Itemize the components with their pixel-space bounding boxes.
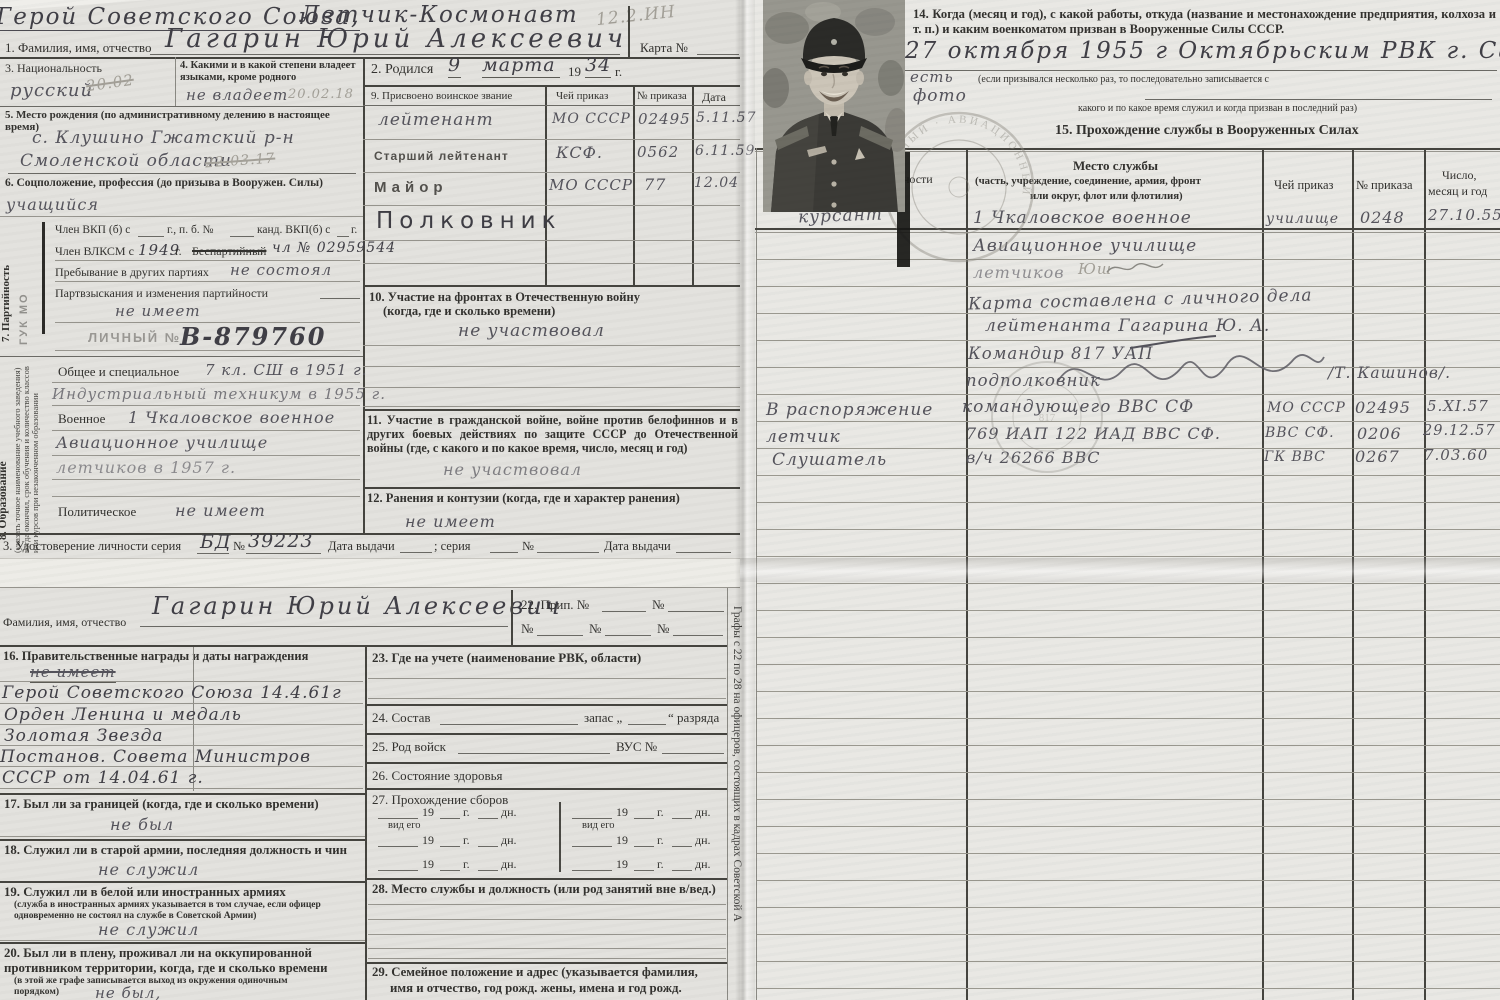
rule-h [478, 818, 498, 819]
field-16-awards-label: 16. Правительственные награды и даты наг… [3, 649, 308, 664]
vkp-label-b: г., п. б. № [167, 224, 214, 236]
bespartiyny-struck: Беспартийный [192, 244, 266, 259]
born-month: марта [482, 54, 560, 78]
field-27-label: 27. Прохождение сборов [372, 792, 508, 808]
field-5-birthplace-line2: Смоленской области [20, 151, 232, 171]
rank-table-header-2: № приказа [637, 90, 687, 102]
awards-line2: Орден Ленина и медаль [4, 705, 242, 725]
field-10-value: не участвовал [458, 321, 605, 341]
rule-h [363, 406, 740, 407]
service-row5-position: Слушатель [772, 450, 887, 470]
f27-dn: дн. [501, 857, 517, 872]
rule-h [903, 70, 1497, 71]
rule-h [138, 236, 164, 237]
rank-row2-date: 12.04.61 [694, 175, 739, 191]
identity-date2-label: Дата выдачи [604, 539, 671, 554]
field-20-sub: (в этой же графе записывается выход из о… [14, 976, 324, 997]
rule-h [363, 487, 740, 489]
field-10-label-line2: (когда, где и сколько времени) [383, 304, 555, 319]
service-row1-order: училище [1266, 211, 1339, 227]
column-divider [365, 645, 367, 1000]
rank-table-header-0: 9. Присвоено воинское звание [371, 90, 512, 102]
field-22-no2: № [652, 597, 664, 613]
field-4-languages-label: 4. Какими и в какой степени владеет язык… [180, 60, 358, 83]
rule-h [755, 228, 1500, 230]
field-5-birthplace-line1: с. Клушино Гжатский р-н [32, 128, 295, 148]
section-7-bracket [42, 222, 45, 334]
field-25-vus: ВУС № [616, 739, 657, 755]
rule-h [0, 106, 363, 107]
f27-g: г. [657, 833, 664, 848]
rule-h [628, 724, 666, 725]
field-19-value: не служил [98, 920, 199, 939]
service-row3-num: 02495 [1355, 398, 1411, 417]
awards-line1: Герой Советского Союза 14.4.61г [2, 683, 342, 703]
f27-19: 19 [422, 805, 434, 820]
rule-h [0, 942, 365, 944]
rule-h [363, 387, 740, 388]
field-4-languages-value: не владеет [186, 86, 288, 104]
rule-h [363, 409, 740, 411]
section-8-side-title: 8. Образование [0, 380, 9, 540]
born-label: 2. Родился [371, 62, 433, 78]
rule-h [52, 405, 360, 406]
rule-h [52, 430, 360, 431]
rule-h [0, 793, 365, 795]
rule-h [230, 236, 254, 237]
header-date-line2: месяц и год [1428, 184, 1487, 199]
rule-h [197, 553, 229, 554]
field-20-label: 20. Был ли в плену, проживал ли на оккуп… [4, 946, 362, 975]
born-day: 9 [448, 54, 461, 78]
rule-h [320, 298, 360, 299]
field-15-title: 15. Прохождение службы в Вооруженных Сил… [1055, 123, 1359, 139]
rule-h [440, 818, 460, 819]
rank-row0-order: МО СССР [552, 111, 631, 127]
education-general-label: Общее и специальное [58, 364, 179, 380]
column-divider [511, 590, 513, 645]
card-number-label: Карта № [640, 40, 688, 56]
side-strip-divider [727, 588, 728, 1000]
field-25-label: 25. Род войск [372, 739, 446, 755]
round-stamp-faint: 817 [988, 358, 1106, 476]
f27-19: 19 [616, 833, 628, 848]
rule-h [378, 818, 418, 819]
identity-card-number: 39223 [248, 530, 313, 552]
rule-h [363, 263, 740, 264]
f27-19: 19 [616, 857, 628, 872]
field-14-sub1: (если призывался несколько раз, то после… [978, 74, 1269, 85]
party-penalties-value: не имеет [115, 302, 201, 320]
service-row4-date: 29.12.57 [1423, 423, 1496, 439]
education-political-value: не имеет [175, 501, 266, 520]
rule-h [52, 455, 360, 456]
section-8-side-subtitle: (указать точное наименование учебного за… [13, 365, 47, 553]
rule-h [673, 635, 723, 636]
rule-h [478, 870, 498, 871]
rule-h [368, 698, 726, 699]
column-divider [363, 57, 365, 533]
rule-h [365, 733, 728, 735]
f27-dn: дн. [695, 833, 711, 848]
rule-h [0, 745, 363, 746]
rule-h [363, 172, 740, 173]
rule-h [662, 753, 724, 754]
rank-row0-rank: лейтенант [378, 110, 494, 130]
scanned-military-record-card: Герой Советского Союза, Летчик-Космонавт… [0, 0, 1500, 1000]
field-6-social-label: 6. Соцположение, профессия (до призыва в… [5, 177, 323, 189]
rule-h [572, 818, 612, 819]
identity-card-label: 3. Удостоверение личности серия [3, 539, 181, 554]
center-fold-crease [735, 0, 755, 1000]
party-penalties-label: Партвзыскания и изменения партийности [55, 286, 268, 301]
rule-h [363, 205, 740, 206]
born-g: г. [615, 64, 622, 80]
rule-h [378, 870, 418, 871]
f27-g: г. [657, 857, 664, 872]
field-26-label: 26. Состояние здоровья [372, 768, 503, 784]
education-military-label: Военное [58, 411, 105, 427]
field-22-no4: № [589, 621, 601, 637]
column-divider [628, 6, 630, 57]
field-19-label: 19. Служил ли в белой или иностранных ар… [4, 885, 286, 900]
rule-h [672, 846, 692, 847]
rank-row2-rank: Майор [374, 179, 448, 196]
rule-h [0, 587, 740, 588]
field-27-divider [559, 802, 561, 872]
field-24-razryad: “ разряда [668, 710, 719, 726]
f27-19: 19 [422, 833, 434, 848]
born-year: 34 [585, 54, 611, 78]
rule-h [365, 788, 728, 790]
rule-h [337, 236, 349, 237]
section-7-side-label: 7. Партийность [0, 222, 12, 342]
left-page-gap [0, 558, 740, 588]
rule-h [378, 846, 418, 847]
rule-h [478, 846, 498, 847]
photo-yuri-gagarin [763, 0, 905, 212]
rule-h [0, 724, 363, 725]
awards-line3: Золотая Звезда [4, 726, 164, 746]
field-1-name-label: 1. Фамилия, имя, отчество [5, 40, 151, 56]
rule-h [368, 934, 726, 935]
rule-h [634, 870, 654, 871]
rule-h [52, 496, 360, 497]
field-24-zapas: запас „ [584, 710, 622, 726]
rule-h [400, 552, 432, 553]
f27-dn: дн. [501, 833, 517, 848]
rank-row2-num: 77 [644, 175, 666, 194]
born-century: 19 [568, 64, 581, 80]
rule-h [368, 958, 726, 959]
other-parties-value: не состоял [230, 261, 332, 279]
vlksm-label: Член ВЛКСМ с [55, 244, 134, 259]
field-14-value: 27 октября 1955 г Октябрьским РВК г. Сар… [905, 38, 1500, 64]
rule-h [0, 881, 365, 883]
service-row1-num: 0248 [1360, 208, 1405, 227]
rule-h [668, 611, 724, 612]
field-14-sub2: какого и по какое время служил и когда п… [1078, 103, 1357, 114]
f27-vid: вид его [582, 820, 615, 831]
rank-row0-num: 02495 [638, 110, 691, 128]
personal-number-value: В-879760 [180, 322, 326, 351]
identity-card-no-sign: № [233, 539, 245, 554]
service-row5-date: 7.03.60 [1424, 446, 1488, 464]
rule-h [363, 366, 740, 367]
vlksm-year: 1949 [138, 241, 180, 259]
rule-h [363, 285, 740, 287]
rank-row3-rank: Полковник [376, 208, 561, 234]
rule-h [537, 552, 599, 553]
field-17-label: 17. Был ли за границей (когда, где и ско… [4, 797, 319, 812]
rank-row2-order: МО СССР [549, 176, 633, 194]
stamp2-number: 817 [1039, 412, 1056, 424]
field-3-nationality-value: русский [10, 80, 93, 101]
field-10-label-line1: 10. Участие на фронтах в Отечественную в… [369, 290, 640, 305]
rule-h [0, 703, 363, 704]
field-24-label: 24. Состав [372, 710, 431, 726]
rule-h [572, 846, 612, 847]
service-row4-position: летчик [766, 427, 841, 447]
rank-row1-num: 0562 [637, 143, 679, 161]
rule-h [0, 533, 740, 535]
rule-h [52, 382, 360, 383]
field-18-label: 18. Служил ли в старой армии, последняя … [4, 843, 347, 858]
rule-h [368, 904, 726, 905]
vkp-label-d: г. [351, 224, 357, 236]
rule-h [0, 839, 365, 841]
note-foto: фото [913, 86, 967, 106]
rule-h [0, 645, 728, 647]
rule-h [365, 704, 728, 706]
rule-h [363, 139, 740, 140]
column-divider [175, 57, 176, 106]
field-23-label: 23. Где на учете (наименование РВК, обла… [372, 650, 641, 666]
identity-card-series: БД [200, 531, 231, 553]
rule-h [246, 553, 321, 554]
rule-h [0, 788, 363, 789]
rule-h [140, 626, 508, 627]
field-22-no5: № [657, 621, 669, 637]
rule-h [0, 57, 740, 59]
vkp-label-a: Член ВКП (б) с [55, 224, 130, 236]
field-20-value: не был, [95, 984, 161, 1000]
rule-h [440, 724, 578, 725]
service-row5-num: 0267 [1355, 447, 1400, 466]
name-repeat-label: Фамилия, имя, отчество [3, 615, 126, 630]
field-4-pencil-date: 20.02.18 [288, 87, 354, 102]
rank-table-header-3: Дата [702, 90, 726, 105]
field-12-value: не имеет [405, 512, 496, 531]
f27-19: 19 [422, 857, 434, 872]
header-place-of-service: Место службы [1073, 158, 1158, 174]
name-repeat-value: Гагарин Юрий Алексеевич [152, 592, 563, 620]
rule-h [52, 479, 360, 480]
field-19-sub: (служба в иностранных армиях указывается… [14, 900, 359, 921]
rule-h [365, 878, 728, 880]
rule-h [0, 681, 363, 682]
member-card-number: чл № 02959544 [272, 240, 396, 256]
vkp-label-c: канд. ВКП(б) с [257, 224, 330, 236]
f27-dn: дн. [695, 857, 711, 872]
rule-h [676, 552, 731, 553]
awards-line5: СССР от 14.04.61 г. [2, 768, 204, 788]
f27-g: г. [657, 805, 664, 820]
rule-h [363, 345, 740, 346]
education-military-value2: Авиационное училище [56, 433, 268, 452]
rule-h [0, 216, 363, 217]
service-row3-date: 5.XI.57 [1427, 397, 1489, 415]
education-political-label: Политическое [58, 504, 136, 520]
rule-h [697, 54, 739, 55]
rule-h [363, 240, 740, 241]
awards-line4: Постанов. Совета Министров [0, 747, 311, 767]
rule-h [490, 552, 518, 553]
rule-h [0, 836, 365, 837]
header-place-sub2: или округ, флот или флотилия) [1030, 190, 1183, 202]
identity-no2-sign: № [522, 539, 534, 554]
rule-h [365, 762, 728, 764]
education-technicum-value: Индустриальный техникум в 1955 г. [52, 385, 386, 403]
education-general-value: 7 кл. СШ в 1951 г. [205, 361, 368, 379]
field-12-label: 12. Ранения и контузии (когда, где и хар… [367, 491, 680, 506]
service-row4-order: ВВС СФ. [1265, 425, 1335, 441]
guk-mo-stamp: ГУК МО [18, 250, 30, 345]
service-row4-num: 0206 [1357, 424, 1402, 443]
rule-h [1145, 99, 1492, 100]
rule-h [368, 919, 726, 920]
service-row5-order: ГК ВВС [1264, 449, 1326, 465]
rule-h [440, 870, 460, 871]
f27-g: г. [463, 857, 470, 872]
rule-h [0, 940, 365, 941]
rule-h [363, 85, 740, 87]
identity-series2-label: ; серия [434, 539, 471, 554]
service-row1-date: 27.10.55 [1428, 206, 1500, 224]
header-date-line1: Число, [1442, 168, 1477, 183]
rule-h [0, 558, 740, 559]
header-order-number: № приказа [1356, 178, 1413, 193]
service-row3-position: В распоряжение [766, 400, 933, 420]
f27-dn: дн. [695, 805, 711, 820]
rule-h [368, 678, 726, 679]
rule-h [363, 105, 740, 106]
rule-h [55, 281, 360, 282]
rule-h [602, 611, 646, 612]
rank-table-header-1: Чей приказ [556, 90, 608, 102]
rule-h [537, 635, 583, 636]
field-29-label-line1: 29. Семейное положение и адрес (указывае… [372, 965, 698, 980]
rule-h [672, 870, 692, 871]
service-row3-order: МО СССР [1267, 400, 1346, 416]
field-14-label: 14. Когда (месяц и год), с какой работы,… [913, 7, 1496, 37]
header-whose-order: Чей приказ [1274, 178, 1334, 193]
rule-h [0, 766, 363, 767]
rule-h [55, 350, 360, 351]
column-divider [545, 85, 547, 285]
field-6-social-value: учащийся [6, 195, 99, 214]
field-29-label-line2: имя и отчество, год рожд. жены, имена и … [390, 981, 682, 996]
f27-vid: вид его [388, 820, 421, 831]
field-17-value: не был [110, 815, 174, 834]
f27-dn: дн. [501, 805, 517, 820]
identity-date1-label: Дата выдачи [328, 539, 395, 554]
rank-row1-order: КСФ. [556, 143, 603, 162]
rule-h [0, 356, 363, 357]
field-11-label: 11. Участие в гражданской войне, войне п… [367, 413, 738, 455]
rank-row1-rank: Старший лейтенант [374, 149, 509, 163]
f27-g: г. [463, 833, 470, 848]
field-1-name-value: Гагарин Юрий Алексеевич [165, 24, 627, 54]
horizontal-fold-crease [740, 558, 1500, 582]
field-28-label: 28. Место службы и должность (или род за… [372, 882, 716, 897]
field-22-label: 22. Прип. № [521, 597, 589, 613]
awards-line0-struck: не имеет [30, 663, 116, 683]
f27-19: 19 [616, 805, 628, 820]
field-22-no3: № [521, 621, 533, 637]
rule-h [634, 846, 654, 847]
f27-g: г. [463, 805, 470, 820]
rule-h [8, 173, 356, 174]
education-military-value3: летчиков в 1957 г. [56, 458, 236, 477]
rule-h [572, 870, 612, 871]
rule-h [368, 948, 726, 949]
vlksm-g: г. [175, 244, 182, 259]
personal-number-stamp: ЛИЧНЫЙ № [88, 330, 181, 345]
field-18-value: не служил [98, 860, 199, 879]
small-squiggle [1105, 258, 1165, 278]
rule-h [634, 818, 654, 819]
other-parties-label: Пребывание в других партиях [55, 265, 209, 280]
rule-h [440, 846, 460, 847]
rule-h [672, 818, 692, 819]
field-11-value: не участвовал [443, 460, 582, 479]
rule-h [365, 962, 728, 964]
rule-h [605, 635, 651, 636]
education-military-value1: 1 Чкаловское военное [128, 408, 335, 427]
field-5-pencil-date: 22.03.17 [205, 151, 276, 172]
rule-h [458, 753, 610, 754]
column-divider [633, 85, 635, 285]
note-est: есть [910, 68, 954, 86]
field-3-nationality-label: 3. Национальность [5, 61, 102, 76]
commander-name: /Т. Кашинов/. [1328, 364, 1451, 382]
